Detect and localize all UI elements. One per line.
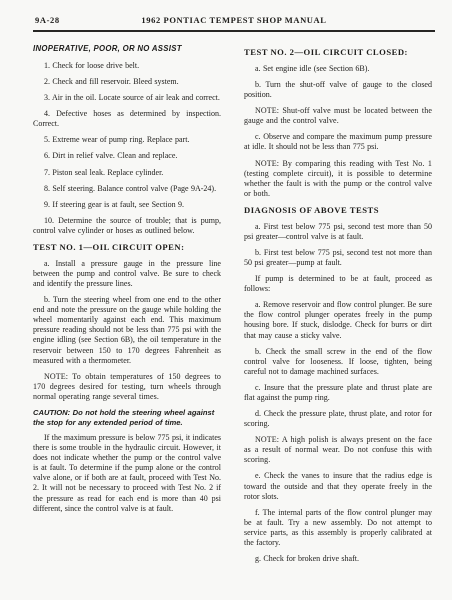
right-column: TEST NO. 2—OIL CIRCUIT CLOSED: a. Set en… — [244, 44, 432, 570]
list-item-3: 3. Air in the oil. Locate source of air … — [33, 93, 221, 103]
list-item-1: 1. Check for loose drive belt. — [33, 61, 221, 71]
test1-step-b: b. Turn the steering wheel from one end … — [33, 295, 221, 366]
diagnosis-item-b: b. First test below 775 psi, second test… — [244, 248, 432, 268]
pump-step-a: a. Remove reservoir and flow control plu… — [244, 300, 432, 340]
pump-fault-intro: If pump is determined to be at fault, pr… — [244, 274, 432, 294]
manual-page: 9A-28 1962 PONTIAC TEMPEST SHOP MANUAL I… — [0, 0, 452, 600]
two-column-body: INOPERATIVE, POOR, OR NO ASSIST 1. Check… — [33, 32, 435, 570]
list-item-4: 4. Defective hoses as determined by insp… — [33, 109, 221, 129]
list-item-10: 10. Determine the source of trouble; tha… — [33, 216, 221, 236]
list-item-6: 6. Dirt in relief valve. Clean and repla… — [33, 151, 221, 161]
list-item-5: 5. Extreme wear of pump ring. Replace pa… — [33, 135, 221, 145]
pump-step-f: f. The internal parts of the flow contro… — [244, 508, 432, 548]
list-item-2: 2. Check and fill reservoir. Bleed syste… — [33, 77, 221, 87]
running-head: 9A-28 1962 PONTIAC TEMPEST SHOP MANUAL — [33, 15, 435, 28]
caution-paragraph: CAUTION: Do not hold the steering wheel … — [33, 408, 221, 427]
note-shutoff-valve: NOTE: Shut-off valve must be located bet… — [244, 106, 432, 126]
note-high-polish: NOTE: A high polish is always present on… — [244, 435, 432, 465]
note-comparing-reading: NOTE: By comparing this reading with Tes… — [244, 159, 432, 199]
list-item-7: 7. Piston seal leak. Replace cylinder. — [33, 168, 221, 178]
closing-paragraph: If the maximum pressure is below 775 psi… — [33, 433, 221, 514]
pump-step-c: c. Insure that the pressure plate and th… — [244, 383, 432, 403]
diagnosis-item-a: a. First test below 775 psi, second test… — [244, 222, 432, 242]
heading-test-no-1: TEST NO. 1—OIL CIRCUIT OPEN: — [33, 242, 221, 252]
left-column: INOPERATIVE, POOR, OR NO ASSIST 1. Check… — [33, 44, 221, 570]
manual-title: 1962 PONTIAC TEMPEST SHOP MANUAL — [33, 15, 435, 25]
heading-test-no-2: TEST NO. 2—OIL CIRCUIT CLOSED: — [244, 47, 432, 57]
pump-step-g: g. Check for broken drive shaft. — [244, 554, 432, 564]
heading-diagnosis: DIAGNOSIS OF ABOVE TESTS — [244, 205, 432, 215]
pump-step-b: b. Check the small screw in the end of t… — [244, 347, 432, 377]
test2-step-b: b. Turn the shut-off valve of gauge to t… — [244, 80, 432, 100]
list-item-9: 9. If steering gear is at fault, see Sec… — [33, 200, 221, 210]
pump-step-e: e. Check the vanes to insure that the ra… — [244, 471, 432, 501]
pump-step-d: d. Check the pressure plate, thrust plat… — [244, 409, 432, 429]
heading-inoperative-poor-no-assist: INOPERATIVE, POOR, OR NO ASSIST — [33, 44, 221, 53]
test2-step-a: a. Set engine idle (see Section 6B). — [244, 64, 432, 74]
note-temperatures: NOTE: To obtain temperatures of 150 degr… — [33, 372, 221, 402]
test1-step-a: a. Install a pressure gauge in the press… — [33, 259, 221, 289]
test2-step-c: c. Observe and compare the maximum pump … — [244, 132, 432, 152]
list-item-8: 8. Self steering. Balance control valve … — [33, 184, 221, 194]
